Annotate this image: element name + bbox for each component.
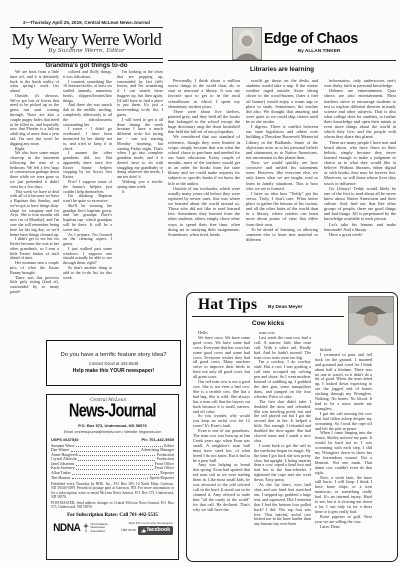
subscription-line: For Subscription Rates: Call 701-442-553…: [51, 513, 174, 518]
ad-question: Do you have a terrific feature story ide…: [47, 352, 180, 358]
ad-contact: Contact Soozi at 442-5549: [47, 361, 180, 366]
page-dateline: 2—Thursday April 25, 2019, Central McLea…: [10, 20, 163, 28]
ndna-star-icon: [83, 523, 89, 532]
feature-story-ad: Do you have a terrific feature story ide…: [46, 340, 181, 386]
usps-number: USPS #647540: [51, 437, 79, 442]
brand-wordmark: News-Journal: [69, 401, 156, 422]
masthead-address: P.O. Box 573, Underwood, ND 58576: [51, 423, 174, 428]
dot-leader: [72, 474, 159, 475]
edge-of-chaos-byline: By ALLAN TINKER: [264, 49, 374, 54]
hat-tips-headline: Cow kicks: [192, 320, 344, 327]
masthead-contact: Email: cmnewsjournal@westriv.com • Websi…: [51, 430, 174, 434]
dot-leader: [78, 460, 155, 461]
edge-article-headline: Libraries are learning: [168, 66, 396, 73]
like-us-label: Like us on: [121, 528, 136, 532]
weary-column-byline: By Suzanne Werre, Editor: [10, 48, 163, 54]
dot-leader: [76, 465, 153, 466]
dot-leader: [72, 478, 148, 479]
staff-list: Suzanne WerreEditor Dan WimerAdvertising…: [51, 444, 174, 481]
dot-leader: [76, 469, 153, 470]
newsjournal-logo: Central McLean News-Journal: [51, 398, 174, 422]
edge-article-column-1: Personally, I think about a million wors…: [168, 78, 240, 237]
edge-of-chaos-title: Edge of Chaos: [264, 30, 388, 47]
hat-tips-column-1: Hello,We have cows. We have some good co…: [193, 331, 250, 513]
staff-row: Tim HansonSports Reporter: [51, 476, 174, 481]
ndna-logo: NDNA North Dakota Newspaper Association: [52, 522, 116, 534]
newspaper-masthead-box: Central McLean News-Journal P.O. Box 573…: [46, 394, 179, 560]
hat-tips-header-rule: [192, 316, 344, 317]
weary-article-column-2: colored and fluffy things, it was ridicu…: [63, 70, 112, 280]
hat-tips-byline: By Dean Meyer: [268, 305, 302, 310]
columnist-portrait-photo: [232, 27, 262, 60]
edge-article-column-3: information, only underscores one's own …: [324, 78, 396, 237]
facebook-wordmark: facebook: [147, 527, 170, 533]
dot-leader: [71, 451, 140, 452]
weary-article-headline: Grandma's got things to-do: [10, 62, 163, 69]
weary-article-column-1: We are back from a little time off, and …: [10, 70, 59, 295]
newspaper-page: 2—Thursday April 25, 2019, Central McLea…: [0, 0, 400, 567]
ad-tagline: Help make this YOUR newspaper!: [47, 368, 180, 374]
weary-article-column-3: I'm looking at the irises that are poppi…: [117, 70, 163, 194]
facebook-badge-caption: BHG INC Community Newspapers: [129, 521, 173, 525]
cowboy-silhouette: [349, 297, 393, 344]
edge-header-rule: [168, 60, 396, 61]
edge-article-column-2: would go down on the desks and students …: [246, 78, 318, 242]
thumbs-up-icon: [141, 528, 146, 533]
dot-leader: [79, 455, 155, 456]
postmaster-note: POSTMASTER: Send address changes to Cent…: [51, 501, 174, 509]
hat-tips-column-2: roan cow.Last week the roan cow had a ca…: [254, 331, 311, 527]
cowboy-columnist-photo: [348, 296, 394, 345]
portrait-silhouette: [233, 28, 261, 59]
hat-tips-title: Hat Tips: [198, 296, 257, 314]
ndna-tagline: North Dakota Newspaper Association: [90, 523, 116, 533]
phone-number: Ph: 701-442-5535: [142, 437, 174, 442]
hat-tips-column-3: kicked.I screamed in pain and fell back …: [315, 348, 372, 530]
publish-info: Published every Thursday by BHG, Inc., P…: [51, 482, 174, 499]
facebook-badge: BHG INC Community Newspapers Like us on …: [121, 521, 173, 535]
ndna-wordmark: NDNA: [53, 522, 80, 534]
